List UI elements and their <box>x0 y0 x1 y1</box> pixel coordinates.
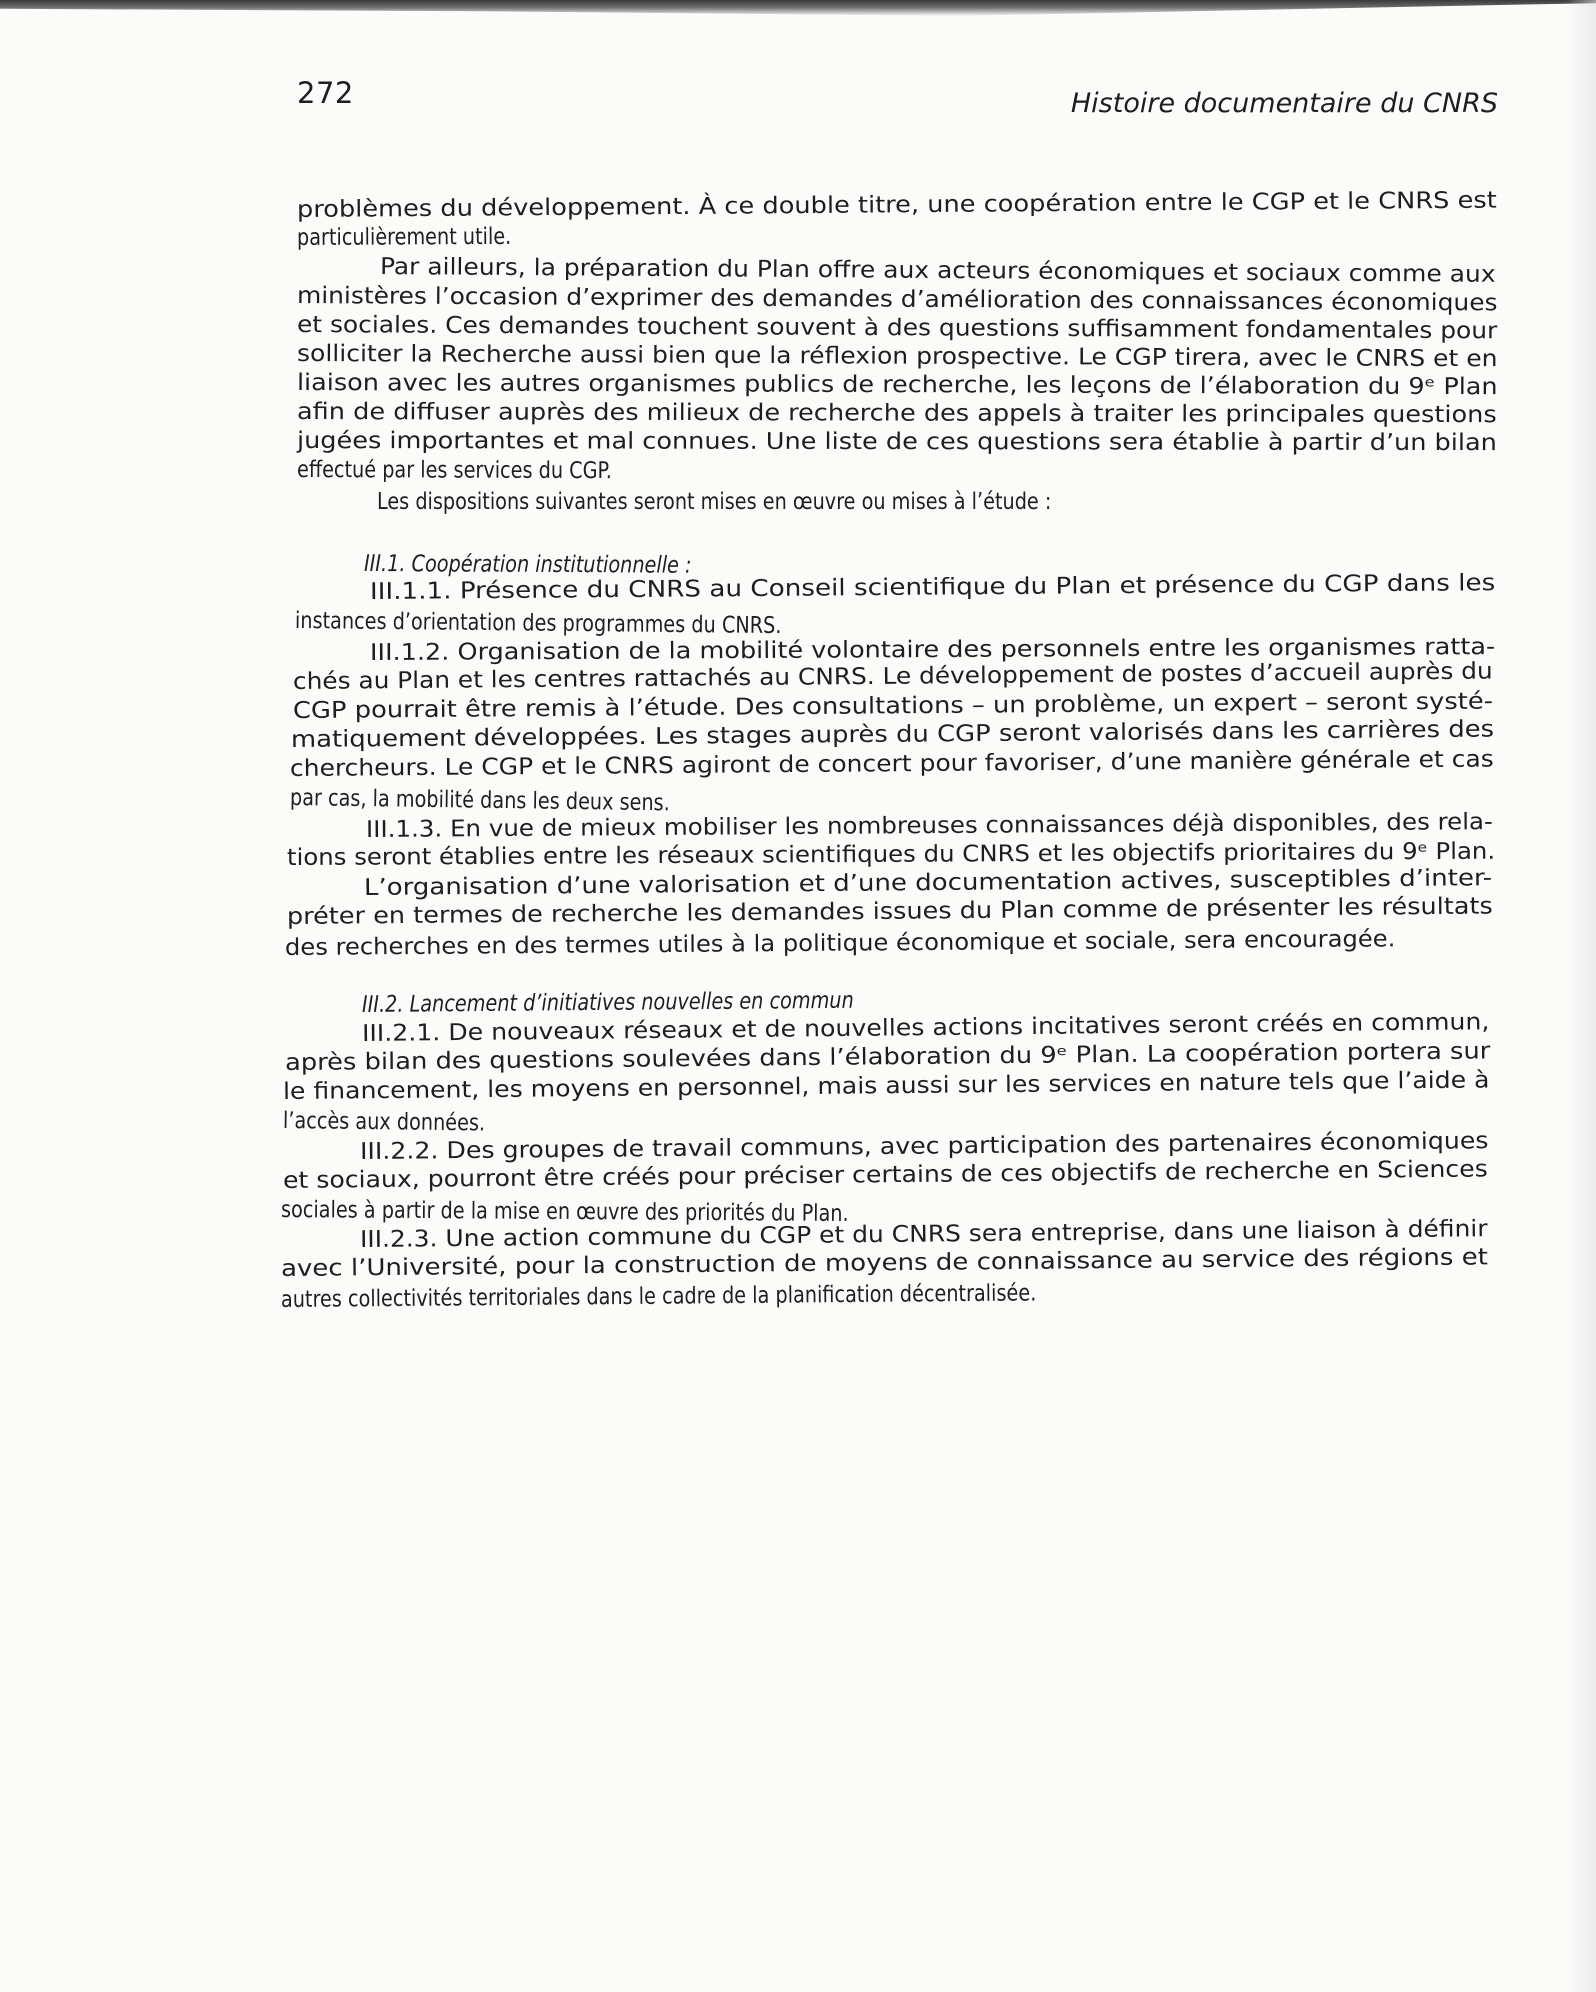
text-line: des recherches en des termes utiles à la… <box>285 925 1396 962</box>
text-line: afin de diffuser auprès des milieux de r… <box>297 398 1497 429</box>
text-line: Les dispositions suivantes seront mises … <box>377 488 1051 516</box>
scan-top-edge <box>0 0 1596 16</box>
page-number: 272 <box>297 76 354 110</box>
text-line: solliciter la Recherche aussi bien que l… <box>297 340 1498 373</box>
text-line: par cas, la mobilité dans les deux sens. <box>290 784 670 817</box>
text-line: jugées importantes et mal connues. Une l… <box>297 427 1497 457</box>
text-line: particulièrement utile. <box>297 223 511 252</box>
text-line: instances d’orientation des programmes d… <box>295 607 782 640</box>
section-heading: III.2. Lancement d’initiatives nouvelles… <box>362 987 854 1019</box>
text-line: l’accès aux données. <box>283 1107 485 1137</box>
text-line: liaison avec les autres organismes publi… <box>297 369 1498 401</box>
text-line: problèmes du développement. À ce double … <box>297 187 1497 224</box>
scan-right-shadow <box>1566 0 1596 1992</box>
text-line: effectué par les services du CGP. <box>297 456 612 485</box>
running-head: Histoire documentaire du CNRS <box>1071 88 1498 119</box>
text-line: autres collectivités territoriales dans … <box>281 1279 1037 1314</box>
